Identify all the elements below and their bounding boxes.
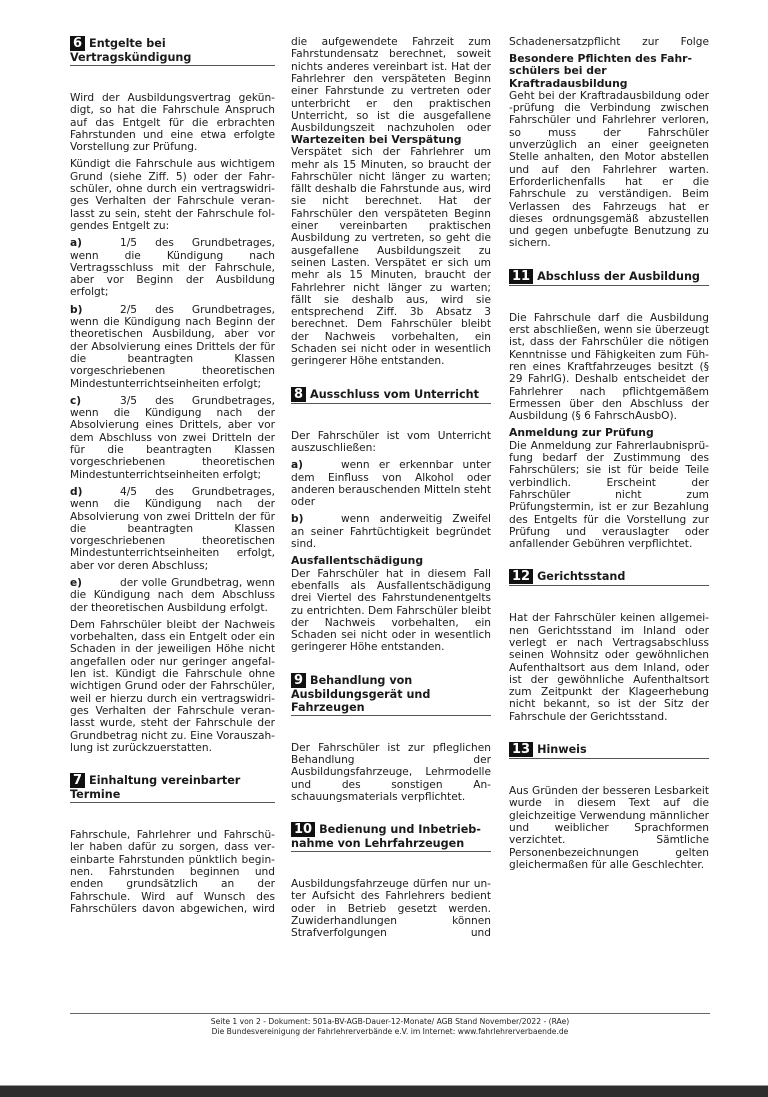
section-number: 8 <box>291 387 306 402</box>
footer-line-2: Die Bundesvereinigung der Fahrlehrerverb… <box>70 1027 710 1037</box>
section-title: Gerichtsstand <box>537 570 625 583</box>
item-label: a) <box>70 237 120 249</box>
paragraph: Aus Gründen der besseren Lesbarkeit wurd… <box>509 785 709 871</box>
paragraph: Hat der Fahrschüler keinen allgemei­nen … <box>509 612 709 723</box>
paragraph: Die Anmeldung zur Fahrerlaubnisprü­fung … <box>509 440 709 551</box>
paragraph: Ausbildungsfahrzeuge dürfen nur un­ter A… <box>291 878 491 940</box>
section-9-heading: 9Behandlung von Ausbildungs­gerät und Fa… <box>291 673 491 716</box>
subheading: Ausfallentschädigung <box>291 555 491 567</box>
item-label: b) <box>70 304 120 316</box>
paragraph: Geht bei der Kraftradausbildung oder -pr… <box>509 90 709 250</box>
section-12-heading: 12Gerichtsstand <box>509 569 709 586</box>
paragraph: Kündigt die Fahrschule aus wichtigem Gru… <box>70 158 275 232</box>
item-text: 2/5 des Grundbetrages, wenn die Kündigun… <box>70 304 275 390</box>
paragraph: Der Fahrschüler hat in diesem Fall ebenf… <box>291 568 491 654</box>
item-text: 4/5 des Grundbetrages, wenn die Kündigun… <box>70 486 275 572</box>
paragraph: Fahrschule, Fahrlehrer und Fahrschü­ler … <box>70 829 275 915</box>
section-number: 11 <box>509 269 533 284</box>
item-label: c) <box>70 395 120 407</box>
page-footer: Seite 1 von 2 - Dokument: 501a-BV-AGB-Da… <box>70 1013 710 1036</box>
list-item: b)2/5 des Grundbetrages, wenn die Kündig… <box>70 304 275 390</box>
paragraph: Ausbildungsfahrzeuge dürfen nur un­ter A… <box>509 36 709 49</box>
list-item: c)3/5 des Grundbetrages, wenn die Kündig… <box>70 395 275 481</box>
section-number: 6 <box>70 36 85 51</box>
section-title: Behandlung von Ausbildungs­gerät und Fah… <box>291 674 430 714</box>
section-title: Hinweis <box>537 743 587 756</box>
viewer-bottom-bar <box>0 1085 768 1097</box>
section-11-heading: 11Abschluss der Ausbildung <box>509 269 709 286</box>
paragraph: Der Fahrschüler ist vom Unterricht auszu… <box>291 430 491 455</box>
paragraph: Verspätet sich der Fahrlehrer um mehr al… <box>291 146 491 367</box>
section-10-heading: 10Bedienung und Inbetrieb­nahme von Lehr… <box>291 822 491 852</box>
section-title: Entgelte bei Vertragskündigung <box>70 37 191 64</box>
section-8-heading: 8Ausschluss vom Unterricht <box>291 387 491 404</box>
section-number: 13 <box>509 742 533 757</box>
list-item: a)1/5 des Grundbetrages, wenn die Kündig… <box>70 237 275 298</box>
subheading: Anmeldung zur Prüfung <box>509 427 709 439</box>
list-item: b)wenn anderweitig Zweifel an seiner Fah… <box>291 513 491 550</box>
section-6-heading: 6Entgelte bei Vertragskündigung <box>70 36 275 66</box>
section-number: 7 <box>70 773 85 788</box>
section-title: Bedienung und Inbetrieb­nahme von Lehrfa… <box>291 823 481 850</box>
section-13-heading: 13Hinweis <box>509 742 709 759</box>
column-1: 6Entgelte bei Vertragskündigung Wird der… <box>70 36 275 920</box>
column-3: Ausbildungsfahrzeuge dürfen nur un­ter A… <box>509 36 709 876</box>
section-number: 10 <box>291 822 315 837</box>
item-label: d) <box>70 486 120 498</box>
section-7-heading: 7Einhaltung vereinbarter Termine <box>70 773 275 803</box>
section-title: Abschluss der Ausbildung <box>537 270 700 283</box>
section-number: 9 <box>291 673 306 688</box>
paragraph: Dem Fahrschüler bleibt der Nachweis vorb… <box>70 619 275 754</box>
item-label: e) <box>70 577 120 589</box>
item-label: a) <box>291 459 341 471</box>
paragraph: Der Fahrschüler ist zur pfleglichen Be­h… <box>291 742 491 803</box>
section-7-continued: Fahrschule, Fahrlehrer und Fahrschü­ler … <box>291 36 491 134</box>
subheading: Besondere Pflichten des Fahr­schülers be… <box>509 53 709 90</box>
item-text: 3/5 des Grundbetrages, wenn die Kündigun… <box>70 395 275 481</box>
footer-line-1: Seite 1 von 2 - Dokument: 501a-BV-AGB-Da… <box>70 1017 710 1027</box>
paragraph: Fahrschule, Fahrlehrer und Fahrschü­ler … <box>291 36 491 134</box>
list-item: d)4/5 des Grundbetrages, wenn die Kündig… <box>70 486 275 572</box>
paragraph: Wird der Ausbildungsvertrag gekün­digt, … <box>70 92 275 153</box>
list-item: e)der volle Grundbetrag, wenn die Kündig… <box>70 577 275 614</box>
item-label: b) <box>291 513 341 525</box>
section-number: 12 <box>509 569 533 584</box>
paragraph: Die Fahrschule darf die Ausbildung erst … <box>509 312 709 423</box>
column-2: Fahrschule, Fahrlehrer und Fahrschü­ler … <box>291 36 491 945</box>
section-title: Einhaltung vereinbarter Termine <box>70 774 240 801</box>
section-10-continued: Ausbildungsfahrzeuge dürfen nur un­ter A… <box>509 36 709 49</box>
subheading: Wartezeiten bei Verspätung <box>291 134 491 146</box>
section-title: Ausschluss vom Unterricht <box>310 388 479 401</box>
list-item: a)wenn er erkennbar unter dem Einfluss v… <box>291 459 491 508</box>
